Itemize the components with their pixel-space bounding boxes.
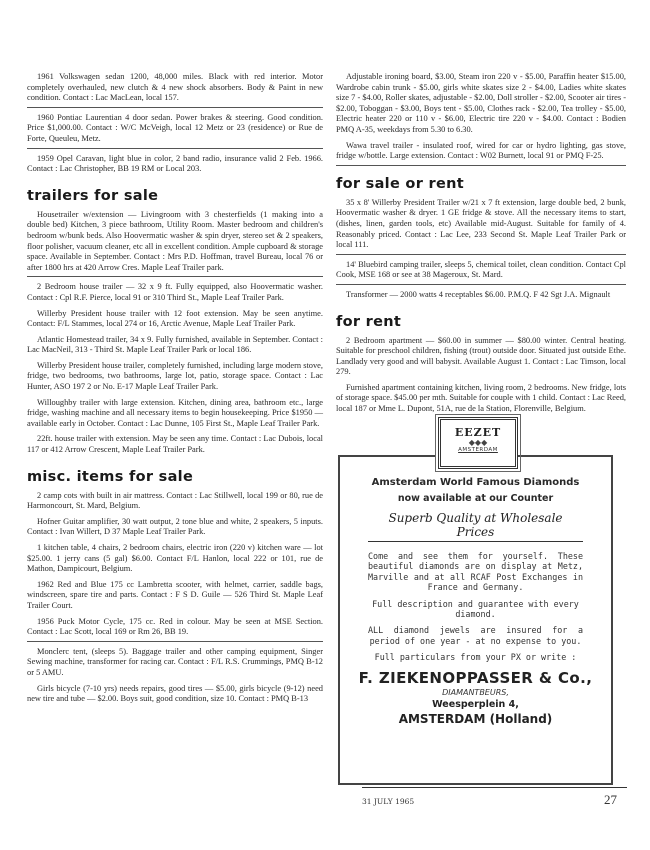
misc-items-list: 2 camp cots with built in air mattress. …	[27, 489, 323, 708]
advert-headline: Amsterdam World Famous Diamonds	[340, 477, 611, 488]
advert-body-paragraph: Come and see them for yourself. These be…	[368, 551, 583, 593]
section-heading-for-rent: for rent	[336, 314, 626, 330]
section-heading-misc-items-for-sale: misc. items for sale	[27, 469, 323, 485]
classified-ad: 1962 Red and Blue 175 cc Lambretta scoot…	[27, 578, 323, 615]
left-column: 1961 Volkswagen sedan 1200, 48,000 miles…	[27, 70, 323, 708]
classified-ad: 1961 Volkswagen sedan 1200, 48,000 miles…	[27, 70, 323, 108]
classified-ad: 2 Bedroom house trailer — 32 x 9 ft. Ful…	[27, 280, 323, 306]
classified-ad: 35 x 8' Willerby President Trailer w/21 …	[336, 196, 626, 255]
advert-content: Amsterdam World Famous Diamonds now avai…	[340, 477, 611, 726]
advert-tagline: Superb Quality at Wholesale Prices	[368, 511, 583, 542]
classified-ad: Willoughby trailer with large extension.…	[27, 396, 323, 433]
advert-border-line	[338, 455, 436, 457]
classified-ad: Wawa travel trailer - insulated roof, wi…	[336, 139, 626, 166]
right-column: Adjustable ironing board, $3.00, Steam i…	[336, 70, 626, 418]
advert-company-name: F. ZIEKENOPPASSER & Co.,	[340, 669, 611, 687]
classified-ad: 2 camp cots with built in air mattress. …	[27, 489, 323, 515]
advert-street-address: Weesperplein 4,	[340, 699, 611, 710]
for-sale-or-rent-list: 35 x 8' Willerby President Trailer w/21 …	[336, 196, 626, 304]
classified-ad: 14' Bluebird camping trailer, sleeps 5, …	[336, 258, 626, 285]
advert-body-paragraph: Full description and guarantee with ever…	[368, 599, 583, 620]
classified-ad: Transformer — 2000 watts 4 receptables $…	[336, 288, 626, 304]
classified-ad: 2 Bedroom apartment — $60.00 in summer —…	[336, 334, 626, 381]
classified-ad: Housetrailer w/extension — Livingroom wi…	[27, 208, 323, 278]
diamond-advertisement: EEZET ◆◆◆ AMSTERDAM Amsterdam World Famo…	[338, 455, 613, 785]
advert-subheadline: now available at our Counter	[340, 493, 611, 504]
classified-ad: Willerby President house trailer with 12…	[27, 307, 323, 333]
household-ads: Adjustable ironing board, $3.00, Steam i…	[336, 70, 626, 166]
classified-ad: Adjustable ironing board, $3.00, Steam i…	[336, 70, 626, 139]
classified-ad: Hofner Guitar amplifier, 30 watt output,…	[27, 515, 323, 541]
vehicle-ads: 1961 Volkswagen sedan 1200, 48,000 miles…	[27, 70, 323, 178]
trailers-for-sale-list: Housetrailer w/extension — Livingroom wi…	[27, 208, 323, 459]
advert-company-subtitle: DIAMANTBEURS,	[340, 688, 611, 697]
for-rent-list: 2 Bedroom apartment — $60.00 in summer —…	[336, 334, 626, 418]
section-heading-trailers-for-sale: trailers for sale	[27, 188, 323, 204]
classified-ad: 1 kitchen table, 4 chairs, 2 bedroom cha…	[27, 541, 323, 578]
advert-body-paragraph: Full particulars from your PX or write :	[368, 652, 583, 662]
classified-ad: 1956 Puck Motor Cycle, 175 cc. Red in co…	[27, 615, 323, 642]
classified-ad: 1959 Opel Caravan, light blue in color, …	[27, 152, 323, 178]
diamond-icon: ◆◆◆	[441, 439, 515, 447]
advert-border-line	[515, 455, 613, 457]
classified-ad: 22ft. house trailer with extension. May …	[27, 432, 323, 458]
section-heading-for-sale-or-rent: for sale or rent	[336, 176, 626, 192]
page-footer: 31 JULY 1965 27	[362, 787, 627, 808]
logo-city: AMSTERDAM	[441, 447, 515, 453]
classified-ad: Atlantic Homestead trailer, 34 x 9. Full…	[27, 333, 323, 359]
advert-city: AMSTERDAM (Holland)	[340, 712, 611, 726]
eezet-logo: EEZET ◆◆◆ AMSTERDAM	[438, 417, 518, 469]
advert-body-paragraph: ALL diamond jewels are insured for a per…	[368, 625, 583, 646]
issue-date: 31 JULY 1965	[362, 797, 414, 806]
classified-ad: 1960 Pontiac Laurentian 4 door sedan. Po…	[27, 111, 323, 149]
page-number: 27	[604, 792, 617, 808]
classified-ad: Furnished apartment containing kitchen, …	[336, 381, 626, 418]
classified-ad: Willerby President house trailer, comple…	[27, 359, 323, 396]
classified-ad: Girls bicycle (7-10 yrs) needs repairs, …	[27, 682, 323, 708]
classified-ad: Monclerc tent, (sleeps 5). Baggage trail…	[27, 645, 323, 682]
